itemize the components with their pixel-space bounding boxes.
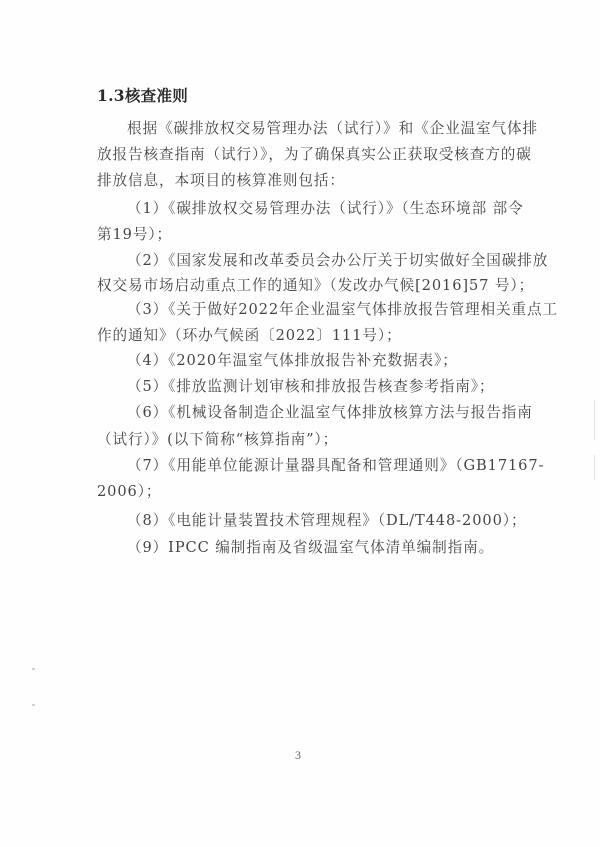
list-item-5: （5）《排放监测计划审核和排放报告核查参考指南》；: [127, 378, 494, 396]
list-item-7-line-1: （7）《用能单位能源计量器具配备和管理通则》（GB17167-: [127, 457, 544, 475]
scan-edge-mark: [594, 400, 595, 440]
scan-speck: [32, 668, 35, 670]
list-item-2-line-1: （2）《国家发展和改革委员会办公厅关于切实做好全国碳排放: [127, 252, 548, 270]
section-heading: 1.3核查准则: [97, 84, 188, 106]
scan-speck: [32, 704, 35, 706]
intro-line-3: 排放信息，本项目的核算准则包括：: [97, 172, 345, 190]
scan-edge-mark: [594, 455, 595, 480]
list-item-2-line-2: 权交易市场启动重点工作的通知》（发改办气候[2016]57 号）；: [97, 277, 534, 295]
list-item-3-line-1: （3）《关于做好2022年企业温室气体排放报告管理相关重点工: [127, 301, 558, 319]
list-item-6-line-1: （6）《机械设备制造企业温室气体排放核算方法与报告指南: [127, 404, 533, 422]
intro-line-1: 根据《碳排放权交易管理办法（试行）》和《企业温室气体排: [127, 120, 538, 138]
list-item-4: （4）《2020年温室气体排放报告补充数据表》；: [127, 352, 458, 370]
list-item-6-line-2: （试行）》(以下简称“核算指南”）；: [97, 431, 338, 449]
list-item-9: （9）IPCC 编制指南及省级温室气体清单编制指南。: [127, 539, 494, 557]
list-item-1-line-1: （1）《碳排放权交易管理办法（试行）》（生态环境部 部令: [127, 200, 524, 218]
intro-line-2: 放报告核查指南（试行）》，为了确保真实公正获取受核查方的碳: [97, 146, 532, 164]
list-item-7-line-2: 2006）；: [97, 483, 161, 501]
list-item-1-line-2: 第19号）；: [97, 226, 172, 244]
document-page: 1.3核查准则 根据《碳排放权交易管理办法（试行）》和《企业温室气体排 放报告核…: [0, 0, 600, 847]
list-item-8: （8）《电能计量装置技术管理规程》（DL/T448-2000）；: [127, 512, 526, 530]
page-number: 3: [295, 748, 301, 763]
list-item-3-line-2: 作的通知》（环办气候函〔2022〕111号）；: [97, 327, 402, 345]
